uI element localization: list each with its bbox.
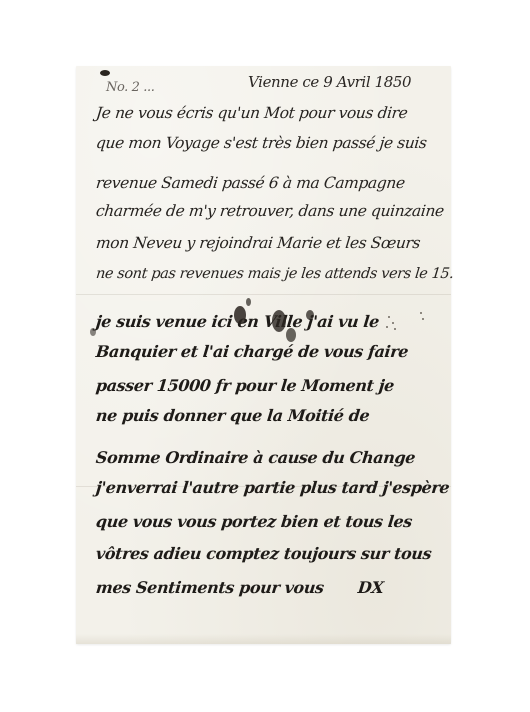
- letter-line: passer 15000 fr pour le Moment je: [95, 376, 395, 395]
- letter-line: que mon Voyage s'est très bien passé je …: [95, 134, 427, 152]
- letter-line: j'enverrai l'autre partie plus tard j'es…: [95, 478, 450, 497]
- scan-background: No. 2 ... Vienne ce 9 Avril 1850 Je ne v…: [0, 0, 530, 712]
- letter-line: mes Sentiments pour vous: [95, 578, 325, 597]
- paper-speck: [388, 316, 390, 318]
- paper-speck: [394, 328, 396, 330]
- ink-blot: [306, 310, 314, 320]
- letter-reference-number: No. 2 ...: [106, 80, 154, 95]
- ink-blot: [90, 328, 96, 336]
- letter-line: ne sont pas revenues mais je les attends…: [95, 266, 454, 282]
- letter-line: Banquier et l'ai chargé de vous faire: [95, 342, 409, 361]
- paper-speck: [392, 322, 394, 324]
- letter-line: Somme Ordinaire à cause du Change: [95, 448, 416, 467]
- letter-line: Je ne vous écris qu'un Mot pour vous dir…: [95, 104, 408, 122]
- letter-line: revenue Samedi passé 6 à ma Campagne: [95, 174, 406, 192]
- letter-line: mon Neveu y rejoindrai Marie et les Sœur…: [95, 234, 421, 252]
- ink-mark: [100, 70, 110, 76]
- paper-speck: [422, 318, 424, 320]
- letter-signature: DX: [357, 578, 384, 597]
- paper-speck: [386, 326, 388, 328]
- letter-line: charmée de m'y retrouver, dans une quinz…: [95, 202, 445, 220]
- paper-crease: [76, 294, 451, 295]
- ink-blot: [234, 306, 246, 324]
- letter-line: ne puis donner que la Moitié de: [95, 406, 370, 425]
- letter-line: que vous vous portez bien et tous les: [95, 512, 413, 531]
- letter-line: vôtres adieu comptez toujours sur tous: [95, 544, 432, 563]
- letter-sheet: No. 2 ... Vienne ce 9 Avril 1850 Je ne v…: [76, 66, 451, 644]
- ink-blot: [286, 328, 296, 342]
- ink-blot: [246, 298, 251, 306]
- paper-speck: [420, 312, 422, 314]
- ink-blot: [272, 310, 286, 332]
- letter-dateline: Vienne ce 9 Avril 1850: [248, 73, 411, 91]
